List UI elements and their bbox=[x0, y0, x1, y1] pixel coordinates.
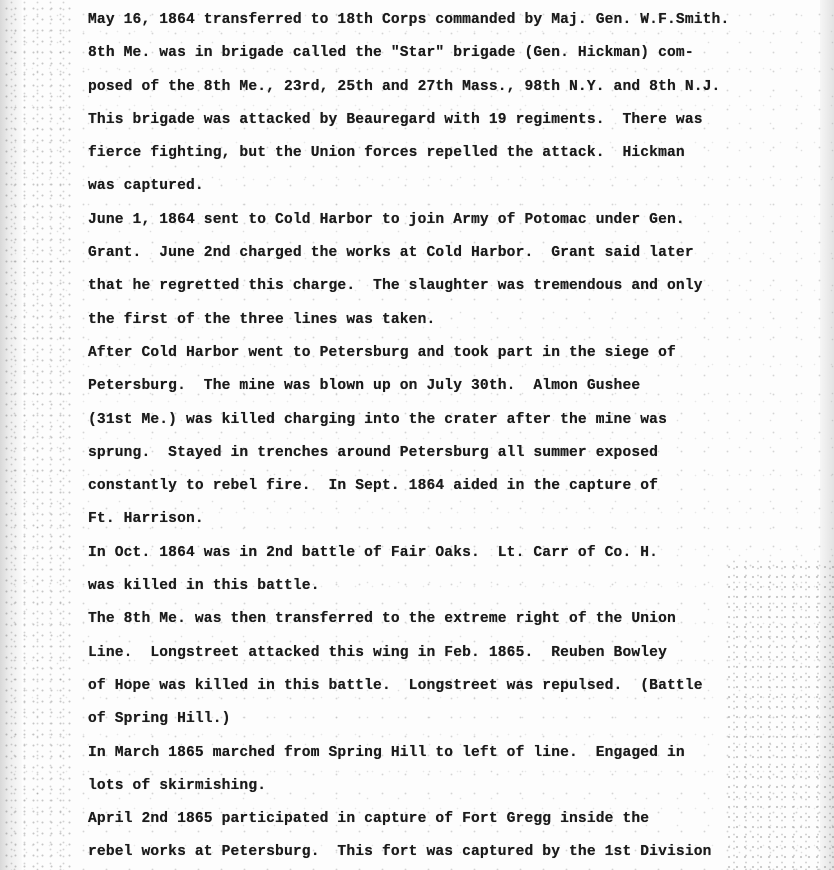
typewritten-text: May 16, 1864 transferred to 18th Corps c… bbox=[88, 4, 828, 870]
text-line: Petersburg. The mine was blown up on Jul… bbox=[88, 370, 828, 403]
text-line: After Cold Harbor went to Petersburg and… bbox=[88, 337, 828, 370]
scan-noise-left bbox=[0, 0, 75, 870]
text-line: 8th Me. was in brigade called the "Star"… bbox=[88, 37, 828, 70]
text-line: of Hope was killed in this battle. Longs… bbox=[88, 670, 828, 703]
text-line: June 1, 1864 sent to Cold Harbor to join… bbox=[88, 204, 828, 237]
text-line: In Oct. 1864 was in 2nd battle of Fair O… bbox=[88, 537, 828, 570]
text-line: posed of the 8th Me., 23rd, 25th and 27t… bbox=[88, 71, 828, 104]
text-line: Ft. Harrison. bbox=[88, 503, 828, 536]
text-line: In March 1865 marched from Spring Hill t… bbox=[88, 737, 828, 770]
text-line: Grant. June 2nd charged the works at Col… bbox=[88, 237, 828, 270]
scanned-page: May 16, 1864 transferred to 18th Corps c… bbox=[0, 0, 834, 870]
text-line: rebel works at Petersburg. This fort was… bbox=[88, 836, 828, 869]
text-line: constantly to rebel fire. In Sept. 1864 … bbox=[88, 470, 828, 503]
text-line: was captured. bbox=[88, 170, 828, 203]
text-line: The 8th Me. was then transferred to the … bbox=[88, 603, 828, 636]
text-line: was killed in this battle. bbox=[88, 570, 828, 603]
text-line: (31st Me.) was killed charging into the … bbox=[88, 404, 828, 437]
text-line: Line. Longstreet attacked this wing in F… bbox=[88, 637, 828, 670]
text-line: May 16, 1864 transferred to 18th Corps c… bbox=[88, 4, 828, 37]
text-line: April 2nd 1865 participated in capture o… bbox=[88, 803, 828, 836]
text-line: fierce fighting, but the Union forces re… bbox=[88, 137, 828, 170]
text-line: that he regretted this charge. The slaug… bbox=[88, 270, 828, 303]
text-line: This brigade was attacked by Beauregard … bbox=[88, 104, 828, 137]
text-line: the first of the three lines was taken. bbox=[88, 304, 828, 337]
text-line: lots of skirmishing. bbox=[88, 770, 828, 803]
text-line: of Spring Hill.) bbox=[88, 703, 828, 736]
text-line: sprung. Stayed in trenches around Peters… bbox=[88, 437, 828, 470]
